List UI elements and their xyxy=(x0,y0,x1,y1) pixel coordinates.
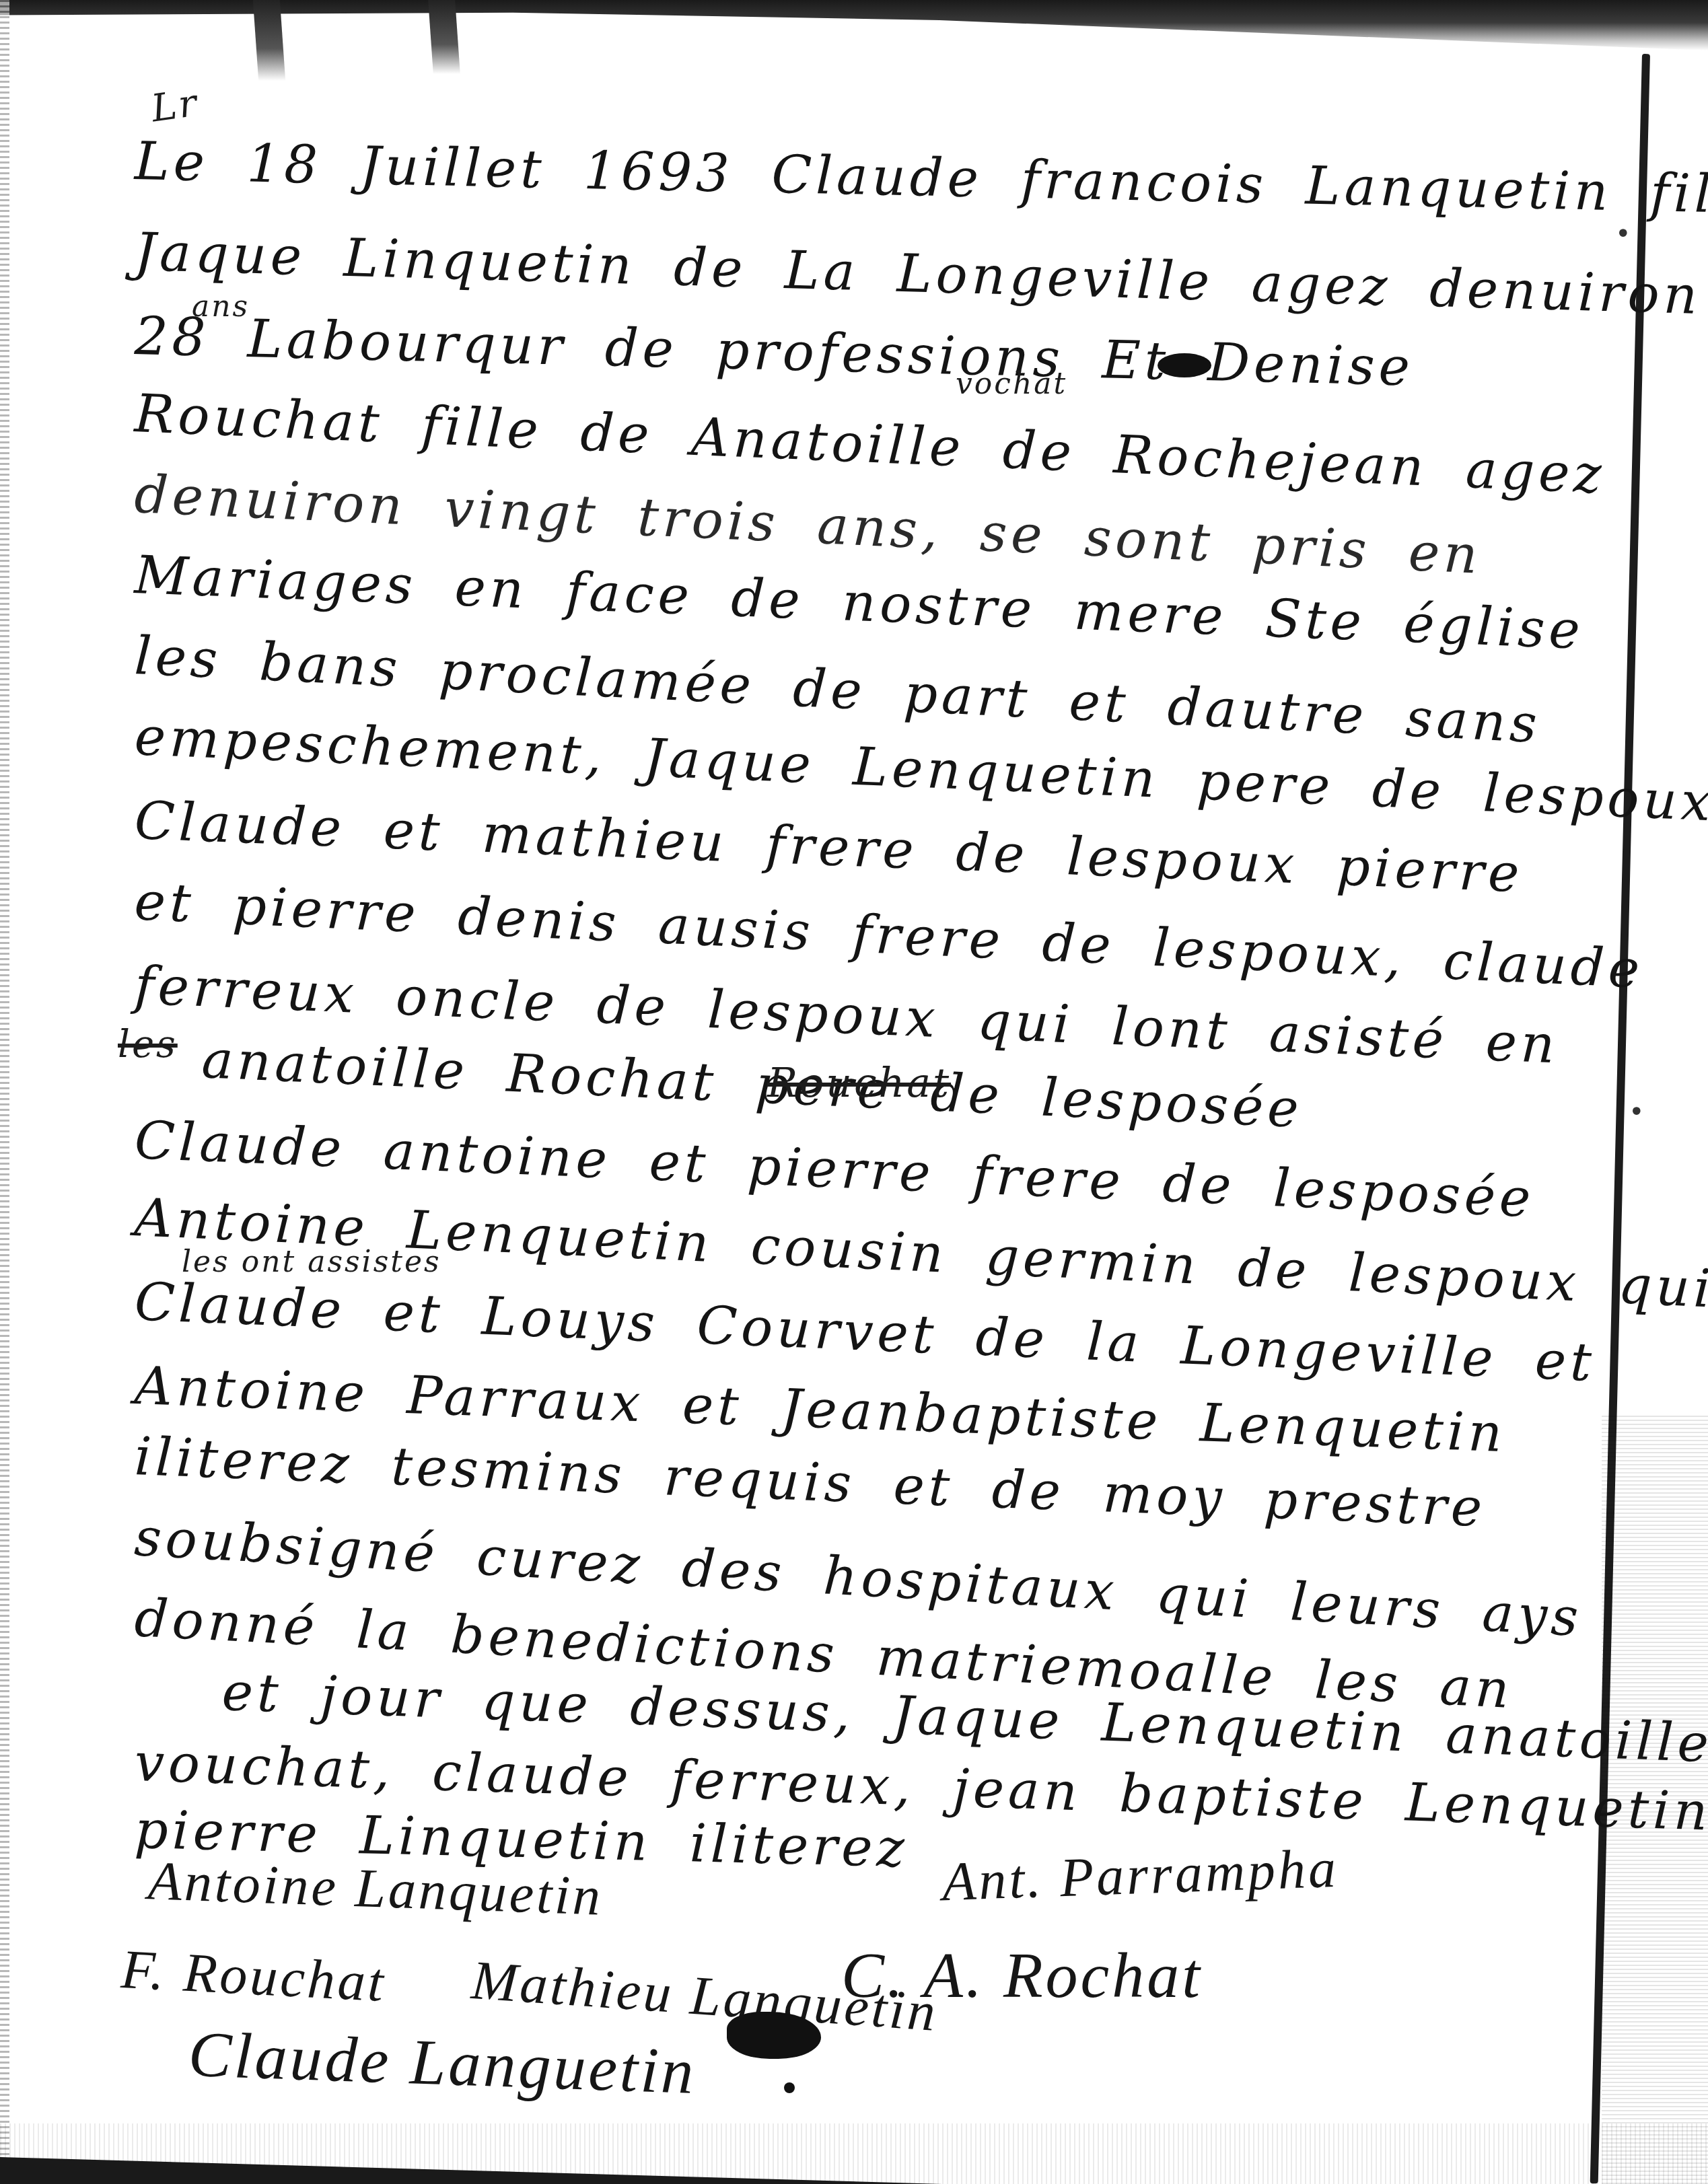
margin-tick: • xyxy=(1629,1097,1645,1128)
margin-tick: • xyxy=(1615,219,1631,250)
signature-claude-languetin: Claude Languetin xyxy=(187,2016,697,2109)
signature-ant-parrampha: Ant. Parrampha xyxy=(941,1837,1340,1914)
struck-rouchat: Rouchat xyxy=(767,1060,951,1107)
signature-f-rouchat: F. Rouchat xyxy=(120,1938,388,2014)
record-line-2: Jaque Linquetin de La Longeville agez de… xyxy=(134,222,1703,326)
struck-les: les xyxy=(118,1023,178,1066)
interlinear-les-ont-assistes: les ont assistes xyxy=(182,1245,441,1279)
margin-note: Lr xyxy=(149,81,201,131)
interlinear-vochat: vochat xyxy=(956,367,1067,401)
scanned-register-page: Lr Le 18 Juillet 1693 Claude francois La… xyxy=(0,0,1708,2184)
scan-smudge xyxy=(253,0,285,81)
scan-left-edge xyxy=(0,0,9,2184)
ink-blot xyxy=(1158,353,1211,377)
record-line-1: Le 18 Juillet 1693 Claude francois Lanqu… xyxy=(134,131,1708,228)
ink-dot xyxy=(784,2082,795,2093)
record-line-3: 28 Labourqur de professions Et Denise xyxy=(134,306,1415,398)
scan-smudge xyxy=(428,0,460,74)
